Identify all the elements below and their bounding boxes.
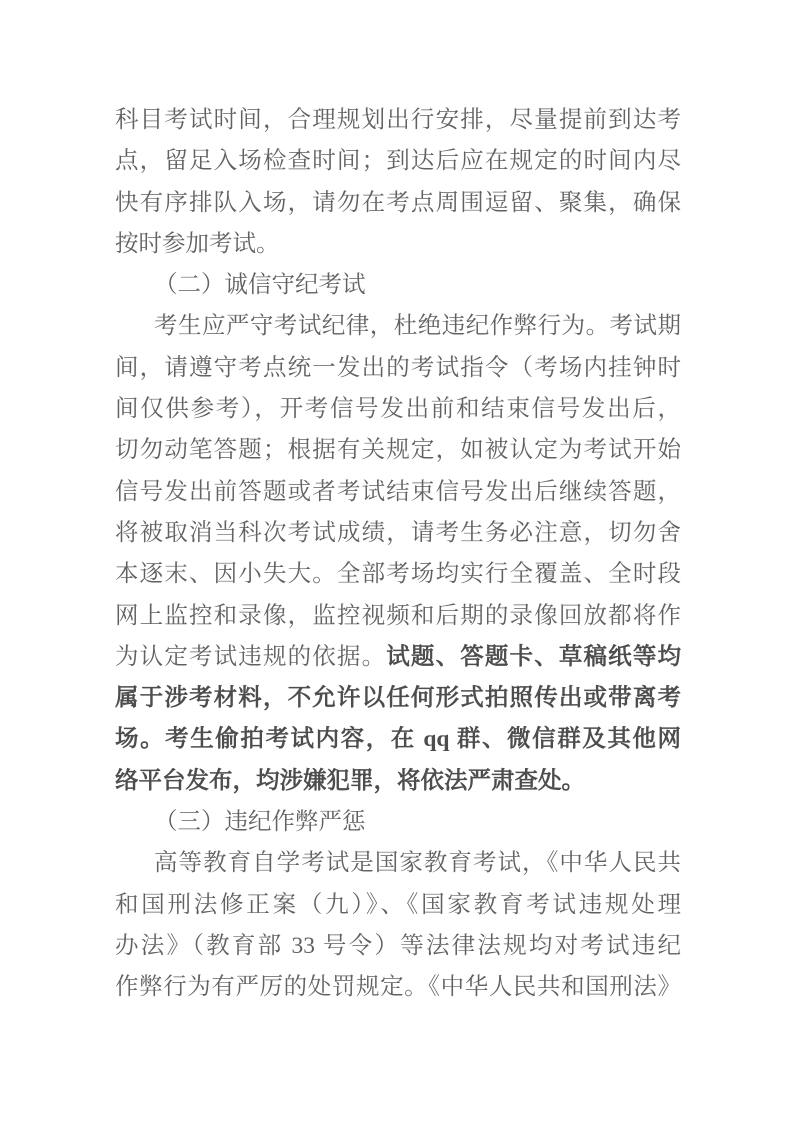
text-line: 间仅供参考），开考信号发出前和结束信号发出后， [115, 389, 681, 430]
bold-text-segment: 场。考生偷拍考试内容，在 qq 群、微信群及其他网 [115, 726, 681, 752]
text-segment: 为认定考试违规的依据。 [115, 644, 386, 670]
text-line: （二）诚信守纪考试 [115, 265, 681, 306]
text-line: 将被取消当科次考试成绩，请考生务必注意，切勿舍 [115, 513, 681, 554]
text-segment: 信号发出前答题或者考试结束信号发出后继续答题， [115, 479, 681, 505]
text-line: 快有序排队入场，请勿在考点周围逗留、聚集，确保 [115, 183, 681, 224]
text-line: 场。考生偷拍考试内容，在 qq 群、微信群及其他网 [115, 719, 681, 760]
text-segment: 作弊行为有严厉的处罚规定。《中华人民共和国刑法》 [115, 974, 681, 1000]
text-line: 信号发出前答题或者考试结束信号发出后继续答题， [115, 472, 681, 513]
text-line: 办法》（教育部 33 号令）等法律法规均对考试违纪 [115, 926, 681, 967]
bold-text-segment: 属于涉考材料，不允许以任何形式拍照传出或带离考 [115, 685, 681, 711]
text-segment: （二）诚信守纪考试 [154, 272, 366, 298]
text-line: 作弊行为有严厉的处罚规定。《中华人民共和国刑法》 [115, 967, 681, 1008]
text-segment: 本逐末、因小失大。全部考场均实行全覆盖、全时段 [115, 561, 681, 587]
text-line: 考生应严守考试纪律，杜绝违纪作弊行为。考试期 [115, 306, 681, 347]
text-segment: 切勿动笔答题；根据有关规定，如被认定为考试开始 [115, 437, 681, 463]
text-line: 间，请遵守考点统一发出的考试指令（考场内挂钟时 [115, 348, 681, 389]
text-line: 点，留足入场检查时间；到达后应在规定的时间内尽 [115, 141, 681, 182]
text-segment: 将被取消当科次考试成绩，请考生务必注意，切勿舍 [115, 520, 681, 546]
text-line: 和国刑法修正案（九）》、《国家教育考试违规处理 [115, 885, 681, 926]
text-segment: 间，请遵守考点统一发出的考试指令（考场内挂钟时 [115, 355, 681, 381]
text-line: 科目考试时间，合理规划出行安排，尽量提前到达考 [115, 100, 681, 141]
text-segment: 快有序排队入场，请勿在考点周围逗留、聚集，确保 [115, 190, 681, 216]
text-line: 网上监控和录像，监控视频和后期的录像回放都将作 [115, 596, 681, 637]
text-line: 为认定考试违规的依据。试题、答题卡、草稿纸等均 [115, 637, 681, 678]
bold-text-segment: 络平台发布，均涉嫌犯罪，将依法严肃查处。 [115, 768, 585, 794]
text-segment: 办法》（教育部 33 号令）等法律法规均对考试违纪 [115, 933, 681, 959]
text-line: 按时参加考试。 [115, 224, 681, 265]
text-segment: 科目考试时间，合理规划出行安排，尽量提前到达考 [115, 107, 681, 133]
text-line: 属于涉考材料，不允许以任何形式拍照传出或带离考 [115, 678, 681, 719]
text-segment: 和国刑法修正案（九）》、《国家教育考试违规处理 [115, 892, 681, 918]
text-segment: 按时参加考试。 [115, 231, 280, 257]
document-body: 科目考试时间，合理规划出行安排，尽量提前到达考点，留足入场检查时间；到达后应在规… [115, 100, 681, 1009]
text-segment: （三）违纪作弊严惩 [154, 809, 366, 835]
text-segment: 考生应严守考试纪律，杜绝违纪作弊行为。考试期 [154, 313, 681, 339]
document-page: 科目考试时间，合理规划出行安排，尽量提前到达考点，留足入场检查时间；到达后应在规… [0, 0, 793, 1122]
bold-text-segment: 试题、答题卡、草稿纸等均 [386, 644, 681, 670]
text-line: 高等教育自学考试是国家教育考试，《中华人民共 [115, 843, 681, 884]
text-segment: 网上监控和录像，监控视频和后期的录像回放都将作 [115, 603, 681, 629]
text-segment: 高等教育自学考试是国家教育考试，《中华人民共 [154, 850, 681, 876]
text-line: （三）违纪作弊严惩 [115, 802, 681, 843]
text-line: 本逐末、因小失大。全部考场均实行全覆盖、全时段 [115, 554, 681, 595]
text-segment: 点，留足入场检查时间；到达后应在规定的时间内尽 [115, 148, 681, 174]
text-line: 络平台发布，均涉嫌犯罪，将依法严肃查处。 [115, 761, 681, 802]
text-segment: 间仅供参考），开考信号发出前和结束信号发出后， [115, 396, 681, 422]
text-line: 切勿动笔答题；根据有关规定，如被认定为考试开始 [115, 430, 681, 471]
